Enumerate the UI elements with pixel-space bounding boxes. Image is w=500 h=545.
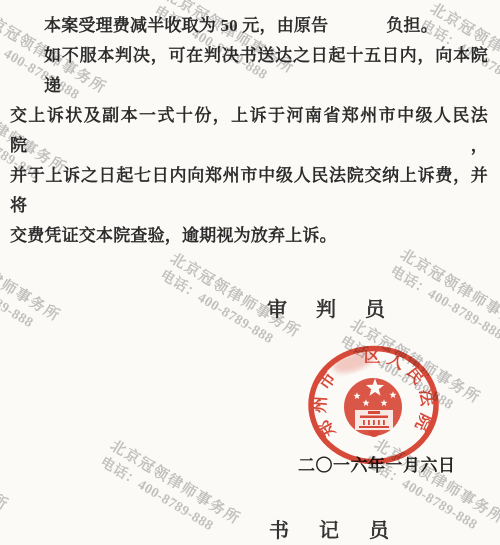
national-emblem bbox=[344, 378, 402, 437]
body-line-fee: 本案受理费减半收取为 50 元，由原告负担。 bbox=[10, 11, 488, 41]
body-line-appeal-4: 交费凭证交本院查验，逾期视为放弃上诉。 bbox=[10, 221, 488, 251]
fee-sentence-start: 本案受理费减半收取为 50 元，由原告 bbox=[44, 16, 328, 35]
watermark-firm-name: 北京冠领律师事务所 bbox=[0, 423, 11, 516]
watermark: 北京冠领律师事务所 电话：400-8789-888 bbox=[96, 437, 243, 545]
watermark: 北京冠领律师事务所 电话：400-8789-888 bbox=[0, 423, 11, 532]
court-seal: 郑州市 区人民法院 bbox=[306, 343, 441, 468]
watermark-phone: 电话：400-8789-888 bbox=[0, 250, 54, 343]
body-line-appeal-2: 交上诉状及副本一式十份，上诉于河南省郑州市中级人民法院， bbox=[10, 101, 488, 161]
body-line-appeal-1: 如不服本判决，可在判决书送达之日起十五日内，向本院递 bbox=[10, 41, 488, 101]
watermark-firm-name: 北京冠领律师事务所 bbox=[106, 437, 243, 530]
watermark-phone: 电话：400-8789-888 bbox=[96, 453, 233, 545]
watermark-phone: 电话：400-8789-888 bbox=[0, 439, 2, 532]
body-line-appeal-3: 并于上诉之日起七日内向郑州市中级人民法院交纳上诉费，并将 bbox=[10, 161, 488, 221]
judge-title: 审判员 bbox=[267, 293, 414, 322]
clerk-title: 书记员 bbox=[269, 514, 419, 543]
redacted-plaintiff-name bbox=[328, 30, 386, 31]
judgment-body: 本案受理费减半收取为 50 元，由原告负担。 如不服本判决，可在判决书送达之日起… bbox=[10, 11, 488, 251]
court-judgment-page: 本案受理费减半收取为 50 元，由原告负担。 如不服本判决，可在判决书送达之日起… bbox=[0, 0, 500, 545]
fee-sentence-end: 负担。 bbox=[386, 16, 438, 35]
